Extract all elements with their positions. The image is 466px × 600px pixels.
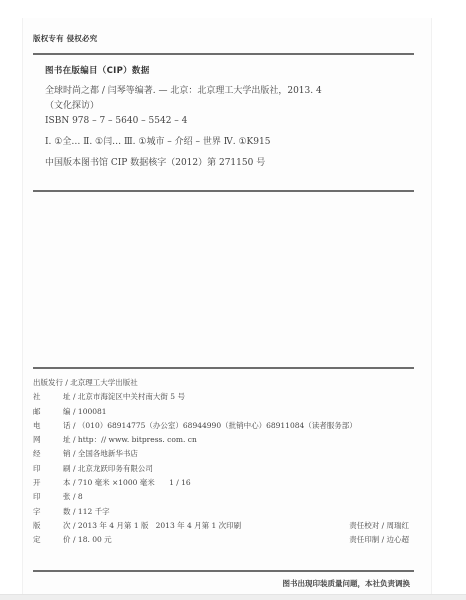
header-rule	[33, 53, 414, 55]
row-value: 8	[78, 492, 83, 501]
publisher-value: 北京理工大学出版社	[70, 378, 138, 387]
row-key: 网	[33, 433, 41, 447]
publisher-label: 出版发行	[33, 378, 63, 387]
cip-block: 图书在版编目（CIP）数据 全球时尚之都 / 闫琴等编著. — 北京：北京理工大…	[45, 64, 415, 171]
row-key: 刷	[63, 462, 71, 476]
cip-record-line: 全球时尚之都 / 闫琴等编著. — 北京：北京理工大学出版社，2013. 4	[45, 84, 415, 99]
row-value: 北京市海淀区中关村南大街 5 号	[78, 392, 185, 401]
imprint-row-price: 定 价 / 18. 00 元 责任印制 / 边心超	[33, 533, 414, 547]
row-value: 2013 年 4 月第 1 版 2013 年 4 月第 1 次印刷	[78, 521, 241, 530]
imprint-row-distributor: 经 销 / 全国各地新华书店	[33, 447, 414, 461]
proofreader-credit: 责任校对 / 周瑞红	[349, 519, 409, 533]
page-bottom-edge	[0, 594, 466, 600]
row-value: 100081	[78, 407, 107, 416]
imprint-row-sheets: 印 张 / 8	[33, 490, 414, 504]
quality-guarantee-note: 图书出现印装质量问题，本社负责调换	[283, 578, 411, 589]
imprint-block: 出版发行 / 北京理工大学出版社 社 址 / 北京市海淀区中关村南大街 5 号 …	[33, 376, 414, 548]
cip-title: 图书在版编目（CIP）数据	[45, 64, 415, 76]
row-key: 社	[33, 390, 41, 404]
imprint-row-format: 开 本 / 710 毫米 ×1000 毫米 1 / 16	[33, 476, 414, 490]
row-key: 电	[33, 419, 41, 433]
row-key: 字	[33, 505, 41, 519]
row-key: 址	[63, 433, 71, 447]
imprint-row-address: 社 址 / 北京市海淀区中关村南大街 5 号	[33, 390, 414, 404]
row-value: （010）68914775（办公室）68944990（批销中心）68911084…	[78, 421, 357, 430]
copyright-notice: 版权专有 侵权必究	[33, 33, 97, 44]
row-key: 经	[33, 447, 41, 461]
row-key: 本	[63, 476, 71, 490]
print-supervisor-credit: 责任印制 / 边心超	[349, 533, 409, 547]
row-key: 址	[63, 390, 71, 404]
imprint-row-edition: 版 次 / 2013 年 4 月第 1 版 2013 年 4 月第 1 次印刷 …	[33, 519, 414, 533]
row-value: 北京龙跃印务有限公司	[78, 464, 153, 473]
imprint-end-rule	[33, 570, 414, 572]
imprint-top-rule	[33, 367, 414, 369]
row-key: 版	[33, 519, 41, 533]
row-key: 邮	[33, 405, 41, 419]
cip-classification-line: Ⅰ. ①全… Ⅱ. ①闫… Ⅲ. ①城市 – 介绍 – 世界 Ⅳ. ①K915	[45, 135, 415, 150]
row-key: 印	[33, 490, 41, 504]
row-key: 价	[63, 533, 71, 547]
row-key: 印	[33, 462, 41, 476]
row-key: 开	[33, 476, 41, 490]
row-key: 次	[63, 519, 71, 533]
imprint-row-postcode: 邮 编 / 100081	[33, 405, 414, 419]
row-key: 张	[63, 490, 71, 504]
imprint-row-phone: 电 话 / （010）68914775（办公室）68944990（批销中心）68…	[33, 419, 414, 433]
imprint-row-wordcount: 字 数 / 112 千字	[33, 505, 414, 519]
imprint-row-printer: 印 刷 / 北京龙跃印务有限公司	[33, 462, 414, 476]
cip-verification-line: 中国版本图书馆 CIP 数据核字（2012）第 271150 号	[45, 156, 415, 171]
row-key: 话	[63, 419, 71, 433]
imprint-row-publisher: 出版发行 / 北京理工大学出版社	[33, 376, 414, 390]
row-value: 全国各地新华书店	[78, 449, 138, 458]
row-key: 销	[63, 447, 71, 461]
website-link[interactable]: http：// www. bitpress. com. cn	[78, 435, 197, 444]
cip-end-rule	[33, 190, 414, 192]
row-key: 数	[63, 505, 71, 519]
row-key: 定	[33, 533, 41, 547]
row-value: 112 千字	[78, 507, 110, 516]
imprint-row-website: 网 址 / http：// www. bitpress. com. cn	[33, 433, 414, 447]
cip-series-line: （文化探访）	[45, 99, 415, 114]
cip-isbn-line: ISBN 978 – 7 – 5640 – 5542 – 4	[45, 114, 415, 129]
row-key: 编	[63, 405, 71, 419]
price-value: 18. 00 元	[78, 535, 112, 544]
row-value: 710 毫米 ×1000 毫米 1 / 16	[78, 478, 191, 487]
